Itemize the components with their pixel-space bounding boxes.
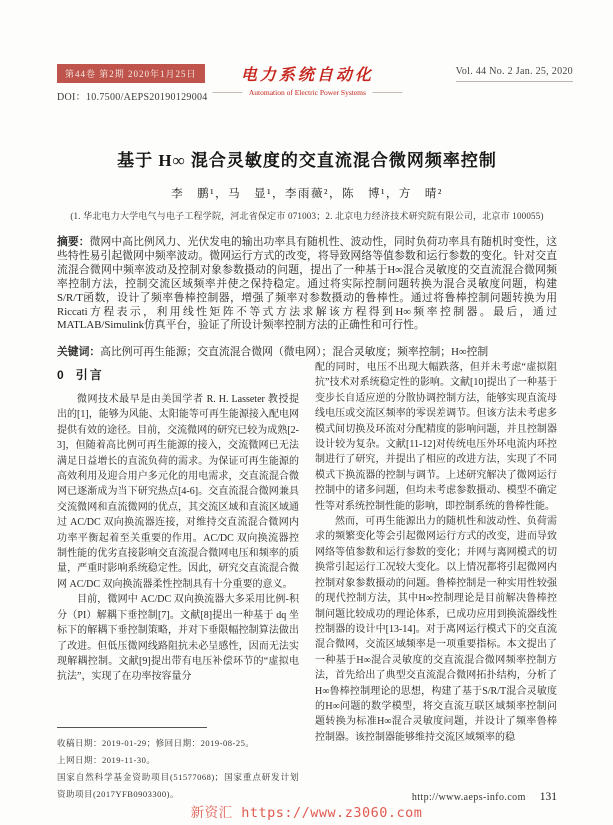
- footnote-funding: 国家自然科学基金资助项目(51577068)；国家重点研发计划资助项目(2017…: [57, 769, 299, 803]
- journal-name-cn: 电力系统自动化: [212, 62, 402, 85]
- journal-logo: 电力系统自动化 Automation of Electric Power Sys…: [212, 62, 402, 97]
- section-number: 0: [57, 368, 66, 382]
- page-header: 第44卷 第2期 2020年1月25日 DOI：10.7500/AEPS2019…: [57, 64, 573, 112]
- decorative-line: [372, 92, 402, 93]
- section-title: 引言: [76, 368, 104, 382]
- body-columns: 0引言 微网技术最早是由美国学者 R. H. Lasseter 教授提出的[1]…: [57, 360, 557, 803]
- footnote-online-date: 上网日期：2019-11-30。: [57, 752, 299, 769]
- decorative-line: [212, 92, 242, 93]
- footnote-separator: [57, 727, 207, 728]
- abstract-paragraph: 摘要：微网中高比例风力、光伏发电的输出功率具有随机性、波动性，同时负荷功率具有随…: [57, 236, 557, 333]
- affiliation-line: (1. 华北电力大学电气与电子工程学院，河北省保定市 071003；2. 北京电…: [57, 209, 557, 222]
- keywords-paragraph: 关键词：高比例可再生能源；交直流混合微网（微电网）；混合灵敏度；频率控制；H∞控…: [57, 345, 557, 359]
- right-column: 配的同时，电压不出现大幅跌落，但并未考虑“虚拟阻抗”技术对系统稳定性的影响。文献…: [315, 360, 557, 803]
- paragraph: 然而，可再生能源出力的随机性和波动性、负荷需求的频繁变化等会引起微网运行方式的改…: [315, 514, 557, 745]
- footnote-block: 收稿日期：2019-01-29；修回日期：2019-08-25。 上网日期：20…: [57, 721, 299, 803]
- keywords-text: 高比例可再生能源；交直流混合微网（微电网）；混合灵敏度；频率控制；H∞控制: [100, 346, 488, 358]
- paragraph: 配的同时，电压不出现大幅跌落，但并未考虑“虚拟阻抗”技术对系统稳定性的影响。文献…: [315, 360, 557, 514]
- abstract-text: 微网中高比例风力、光伏发电的输出功率具有随机性、波动性，同时负荷功率具有随机时变…: [57, 236, 557, 331]
- paper-title: 基于 H∞ 混合灵敏度的交直流混合微网频率控制: [57, 146, 557, 171]
- watermark-link[interactable]: 新资汇 https://www.z3060.com: [0, 801, 613, 821]
- authors-line: 李 鹏¹，马 显¹，李雨薇²，陈 博¹，方 晴²: [57, 185, 557, 201]
- front-matter: 基于 H∞ 混合灵敏度的交直流混合微网频率控制 李 鹏¹，马 显¹，李雨薇²，陈…: [57, 146, 557, 359]
- issue-badge: 第44卷 第2期 2020年1月25日: [57, 64, 205, 83]
- section-heading-introduction: 0引言: [57, 366, 299, 383]
- abstract-label: 摘要：: [57, 236, 90, 248]
- footnote-received-dates: 收稿日期：2019-01-29；修回日期：2019-08-25。: [57, 735, 299, 752]
- paragraph: 微网技术最早是由美国学者 R. H. Lasseter 教授提出的[1]，能够为…: [57, 392, 299, 592]
- journal-name-en: Automation of Electric Power Systems: [249, 88, 366, 97]
- left-column: 0引言 微网技术最早是由美国学者 R. H. Lasseter 教授提出的[1]…: [57, 360, 299, 803]
- page-footer: http://www.aeps-info.com 131: [315, 783, 557, 803]
- journal-name-en-row: Automation of Electric Power Systems: [212, 88, 402, 97]
- journal-page: 第44卷 第2期 2020年1月25日 DOI：10.7500/AEPS2019…: [0, 0, 613, 825]
- paragraph: 目前，微网中 AC/DC 双向换流器大多采用比例-积分（PI）解耦下垂控制[7]…: [57, 592, 299, 684]
- keywords-label: 关键词：: [57, 346, 100, 358]
- volume-info: Vol. 44 No. 2 Jan. 25, 2020: [456, 66, 573, 82]
